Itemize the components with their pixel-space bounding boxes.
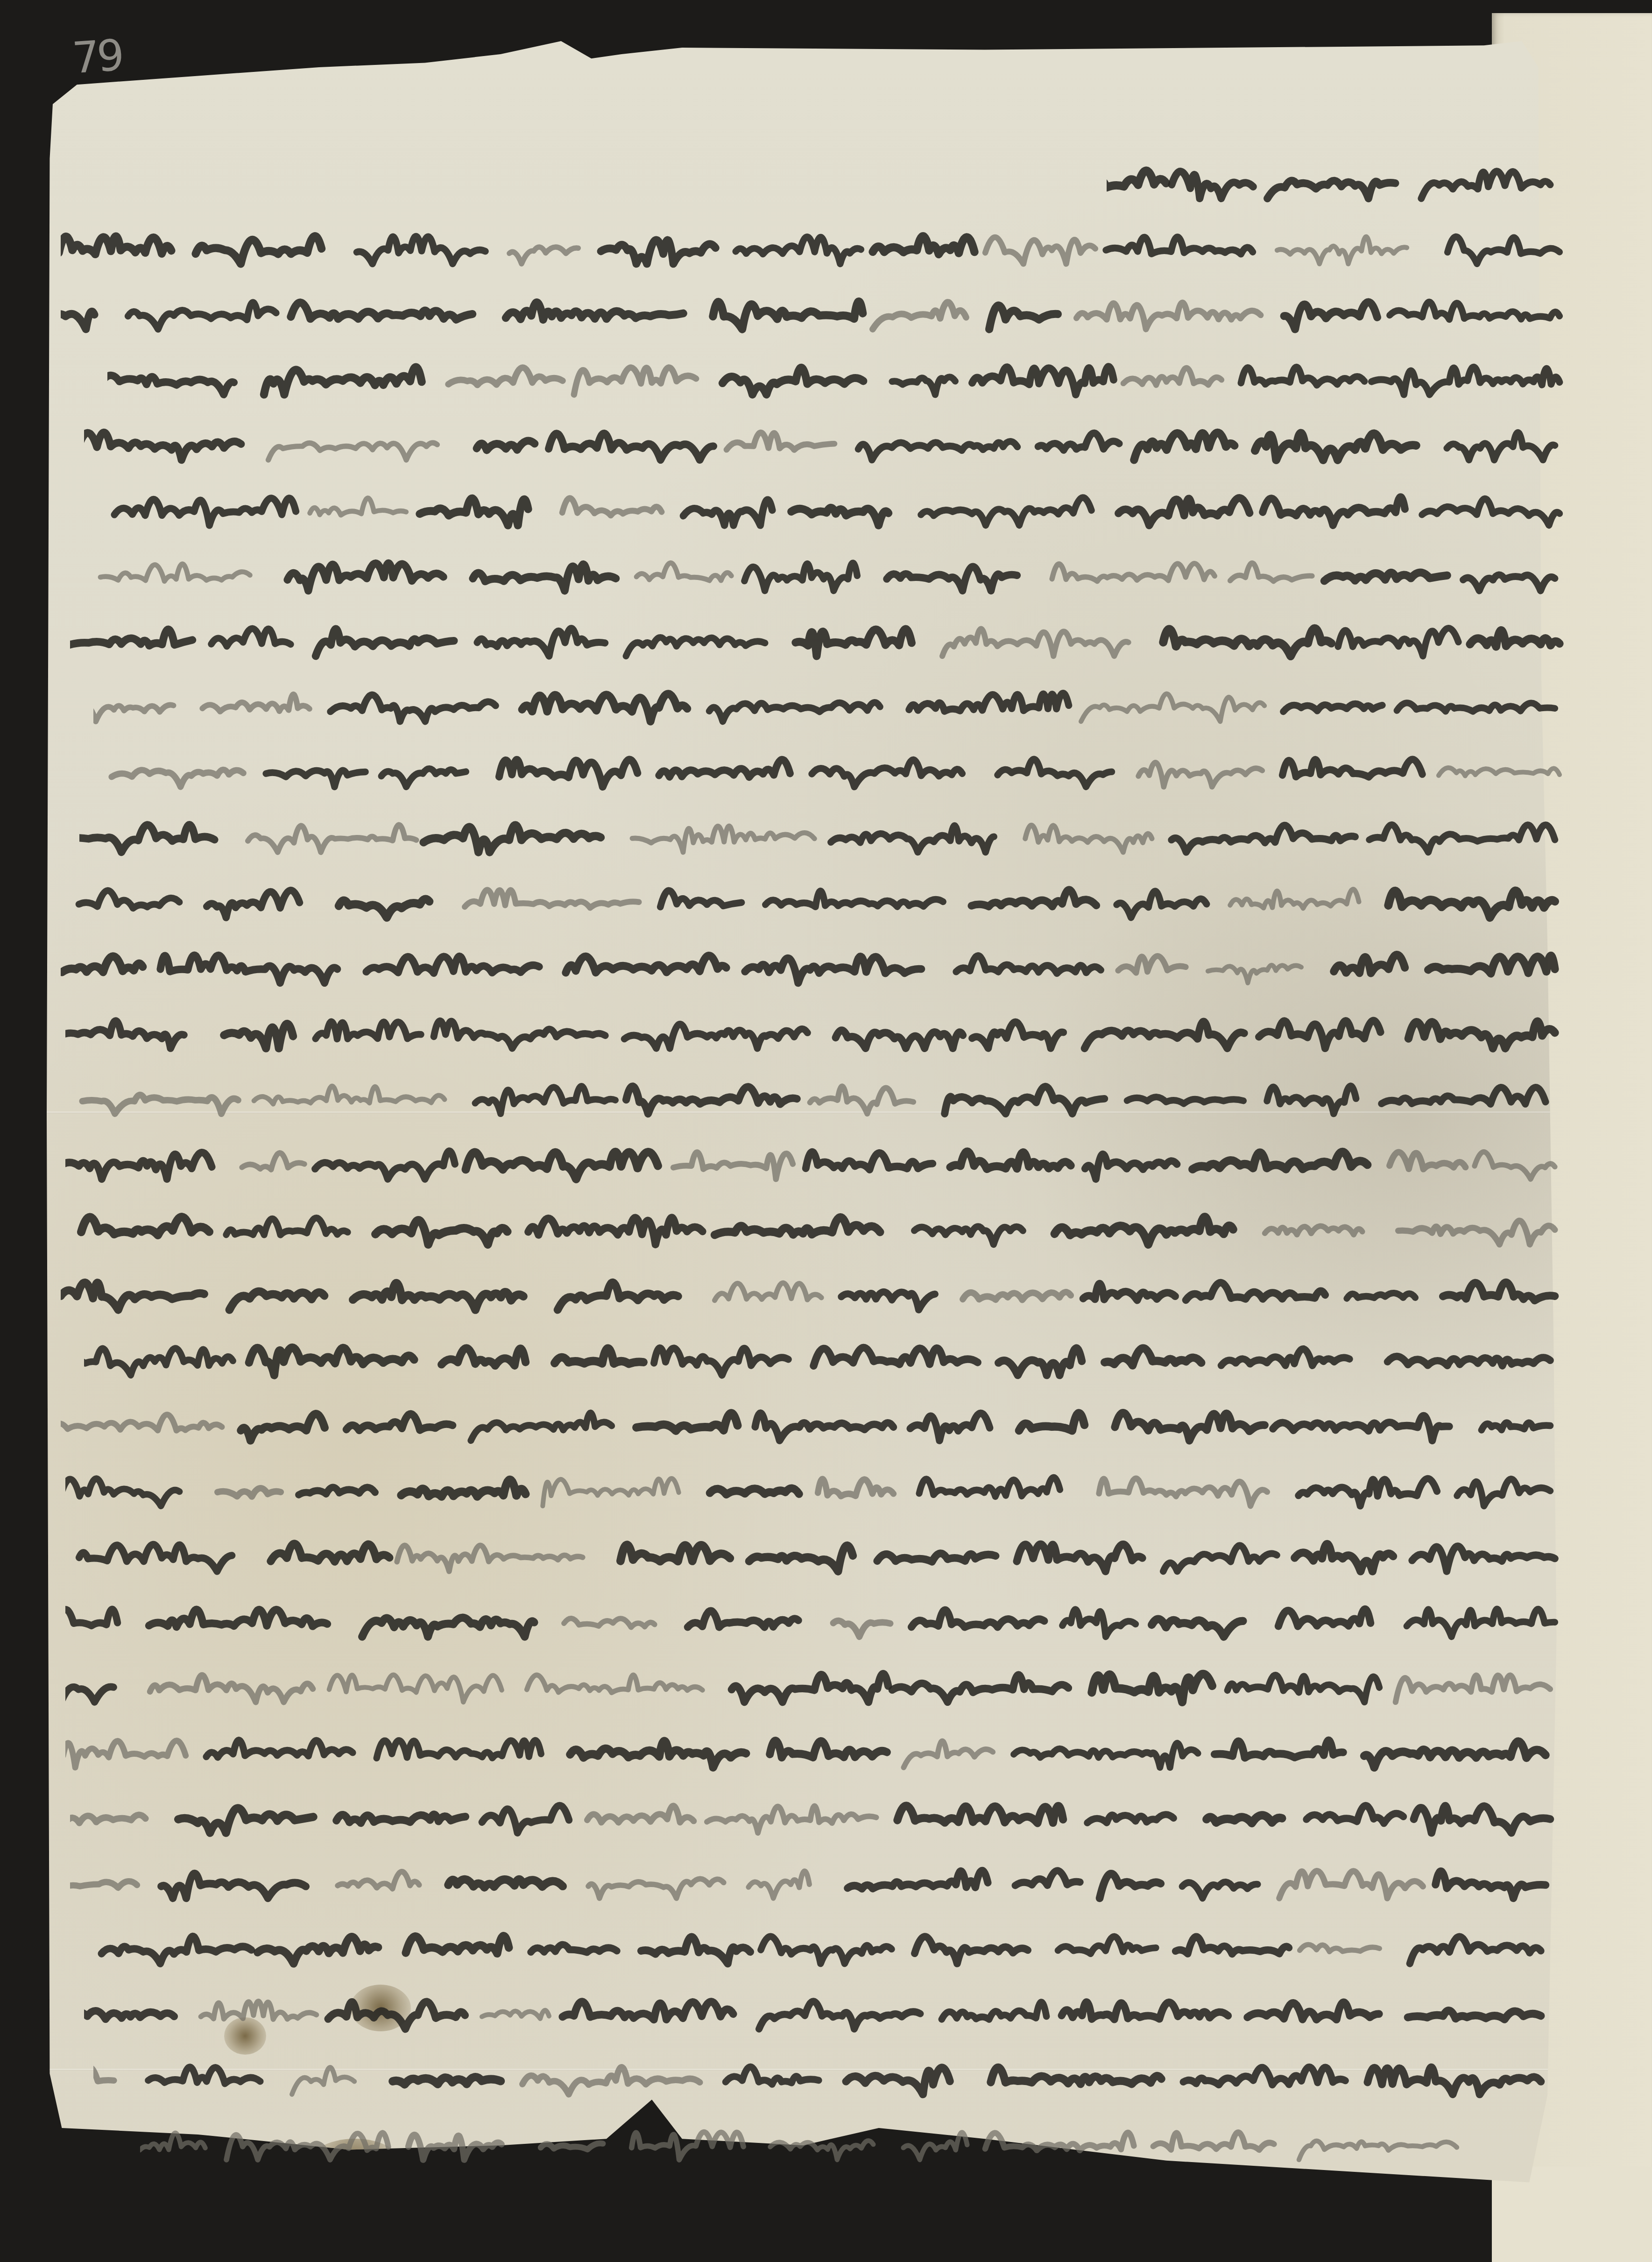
handwritten-line: Handwritten line 5 <box>84 416 1560 467</box>
handwritten-line: Handwritten line 26 <box>70 1788 1555 1840</box>
handwritten-line: Handwritten line 16 <box>65 1135 1560 1186</box>
handwritten-line: Handwritten line 2 <box>61 219 1564 271</box>
handwritten-line: Handwritten line 24 <box>65 1658 1555 1709</box>
handwritten-line: Handwritten line 3 <box>61 285 1564 336</box>
handwritten-line: Handwritten line 25 <box>65 1723 1550 1774</box>
handwritten-line: Handwritten line 21 <box>65 1462 1555 1513</box>
handwritten-line: Handwritten line 18 <box>61 1265 1560 1317</box>
handwritten-line: Handwritten line 19 <box>84 1331 1555 1382</box>
handwritten-line: Handwritten line 31 (faded) <box>140 2115 1461 2167</box>
handwritten-line: Handwritten line 6 <box>93 481 1564 532</box>
handwritten-line: Handwritten line 10 <box>79 742 1564 794</box>
handwritten-line: Handwritten line 28 <box>84 1919 1546 1971</box>
handwritten-line: Handwritten line 22 <box>65 1527 1560 1578</box>
folio-number: 79 <box>71 30 123 83</box>
handwritten-line: Handwritten line 9 <box>93 677 1560 728</box>
handwritten-line: Handwritten line 15 <box>70 1069 1550 1121</box>
handwritten-line: Handwritten line 4 <box>107 350 1564 402</box>
handwritten-line: Handwritten line 27 <box>70 1854 1550 1905</box>
handwritten-line: Handwritten line 30 <box>93 2050 1546 2101</box>
handwritten-line: Handwritten line 17 <box>61 1200 1560 1251</box>
handwritten-line: Handwritten line 7 <box>75 546 1560 598</box>
handwritten-line: Handwritten line 23 <box>65 1592 1560 1644</box>
handwritten-line: Handwritten line 8 <box>70 612 1564 663</box>
handwritten-line: Handwritten line 14 <box>65 1004 1560 1055</box>
handwritten-line: Handwritten line 11 <box>79 808 1560 859</box>
handwritten-line: Handwritten line 1 (short, right-aligned… <box>1107 154 1555 205</box>
handwritten-line: Handwritten line 12 <box>75 873 1560 925</box>
handwritten-line: Handwritten line 29 <box>84 1985 1546 2036</box>
handwritten-line: Handwritten line 13 <box>61 939 1560 990</box>
handwritten-line: Handwritten line 20 <box>61 1396 1555 1448</box>
